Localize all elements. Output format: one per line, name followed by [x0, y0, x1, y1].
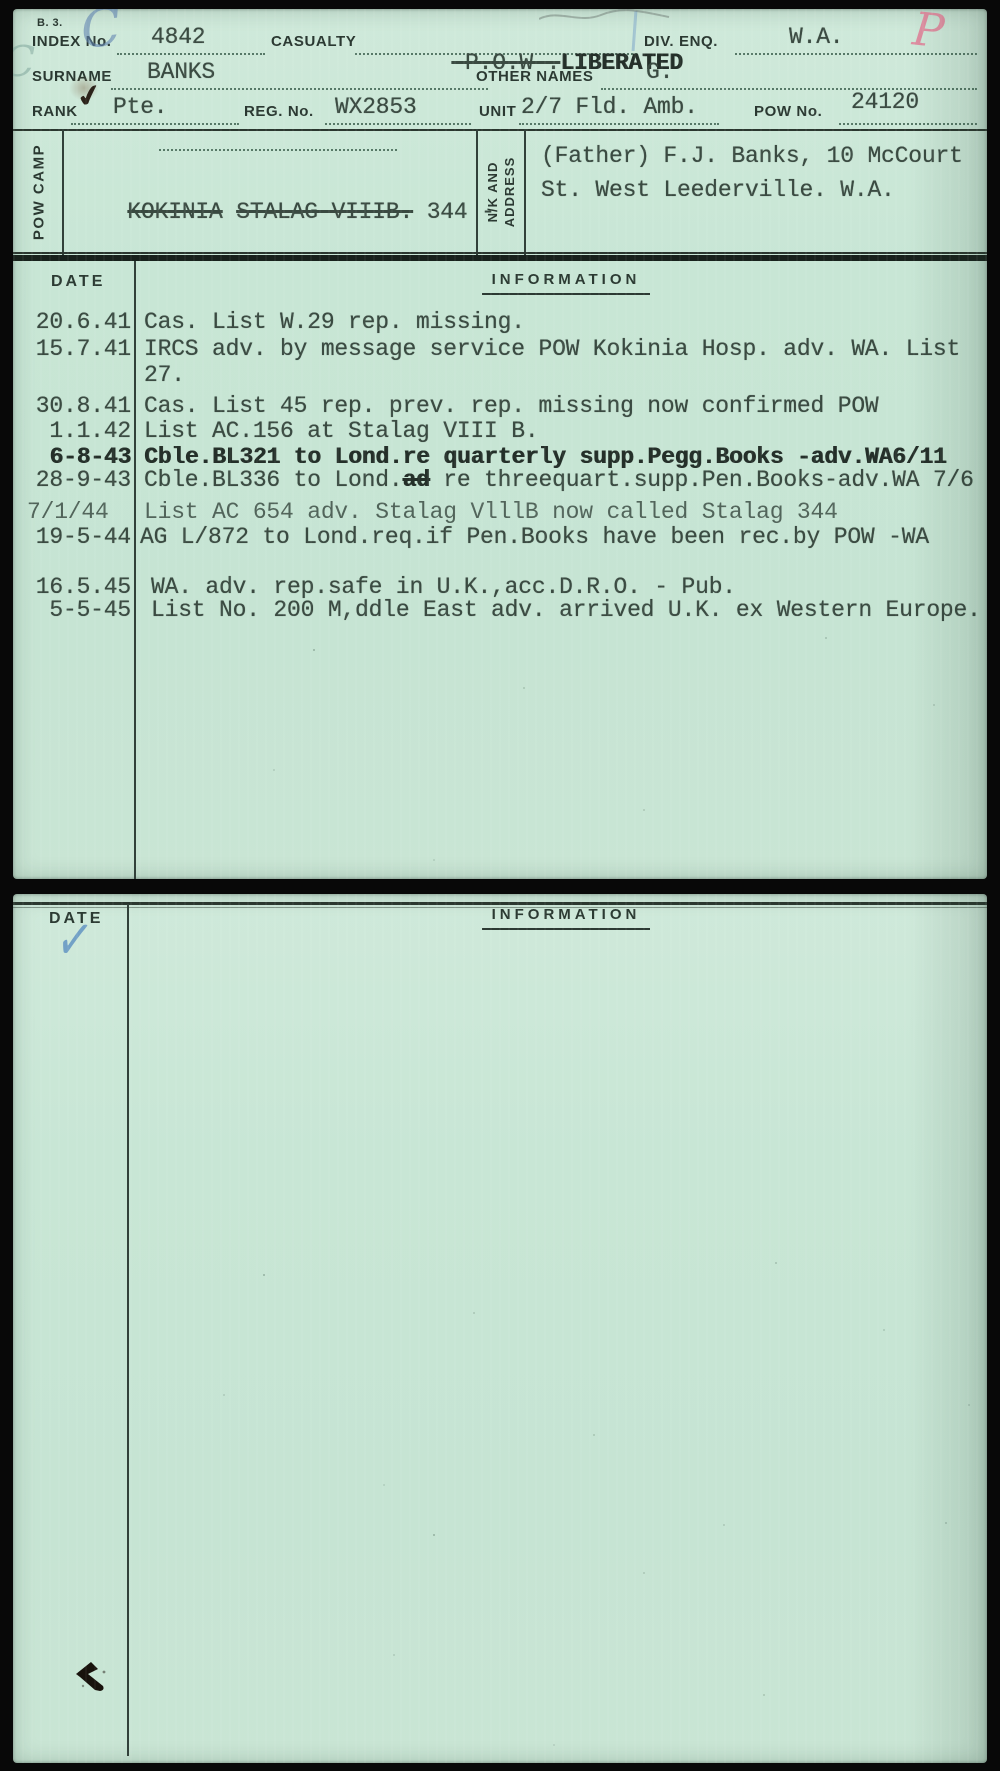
surname-value: BANKS	[147, 59, 215, 85]
paper-specks	[263, 1274, 265, 1276]
index-leader	[117, 53, 265, 55]
unit-value: 2/7 Fld. Amb.	[521, 94, 698, 120]
unit-label: UNIT	[479, 103, 516, 120]
index-no-value: 4842	[151, 24, 205, 50]
nok-address-line2: St. West Leederville. W.A.	[541, 177, 895, 203]
nok-address-vertical-label: N/K AND ADDRESS	[484, 157, 518, 228]
casualty-value: -P.O.W .LIBERATED	[397, 24, 683, 102]
rank-label: RANK	[32, 103, 78, 120]
camp-box-top-rule	[13, 129, 987, 131]
entry-date: 20.6.41	[13, 309, 133, 335]
paper-specks	[313, 649, 315, 651]
separator-thick-rule	[13, 255, 987, 261]
entry-info-struck: ad	[402, 467, 429, 493]
entry-date: 28-9-43	[13, 467, 133, 493]
pow-no-value: 24120	[851, 89, 919, 115]
casualty-label: CASUALTY	[271, 33, 356, 50]
entry-info-pre: Cble.BL336 to Lond.	[144, 467, 402, 493]
entry-info-post: re threequart.supp.Pen.Books-adv.WA 7/6	[430, 467, 974, 493]
pow-no-leader	[839, 123, 977, 125]
back-date-column-divider	[127, 904, 129, 1756]
pow-camp-vertical-label: POW CAMP	[31, 144, 48, 240]
entry-info: 27.	[144, 362, 185, 388]
surname-leader	[111, 88, 488, 90]
entry-info: Cas. List 45 rep. prev. rep. missing now…	[144, 393, 879, 419]
form-code: B. 3.	[37, 17, 63, 29]
reg-no-value: WX2853	[335, 94, 417, 120]
ink-blot-arrow	[73, 1660, 113, 1694]
entry-date: 19-5-44	[13, 524, 133, 550]
entry-date: 7/1/44	[13, 499, 147, 525]
pencil-scribble	[539, 9, 671, 25]
separator-thin-rule	[13, 252, 987, 254]
date-column-header: DATE	[51, 273, 105, 291]
unit-leader	[519, 123, 719, 125]
entry-date: 5-5-45	[13, 597, 133, 623]
nok-address-line1: (Father) F.J. Banks, 10 McCourt	[541, 143, 963, 169]
entry-info: List AC 654 adv. Stalag VlllB now called…	[144, 499, 838, 525]
reg-no-leader	[325, 123, 471, 125]
entry-info: List No. 200 M,ddle East adv. arrived U.…	[151, 597, 981, 623]
scanned-pow-index-card: { "colors": { "card_bg": "#c8e6d5", "typ…	[0, 0, 1000, 1771]
back-top-rule	[13, 902, 987, 905]
entry-date: 15.7.41	[13, 336, 133, 362]
camp-struck-stalag: STALAG VIIIB.	[236, 199, 413, 225]
index-no-label: INDEX No.	[32, 33, 112, 50]
pow-index-card-front: B. 3. INDEX No. 4842 CASUALTY -P.O.W .LI…	[13, 9, 987, 879]
nok-label-line2: ADDRESS	[501, 157, 518, 228]
div-enq-value: W.A.	[789, 24, 843, 50]
other-names-value: G.	[646, 59, 673, 85]
entry-info: IRCS adv. by message service POW Kokinia…	[144, 336, 960, 362]
rank-leader	[71, 123, 239, 125]
entry-info: AG L/872 to Lond.req.if Pen.Books have b…	[140, 524, 929, 550]
camp-dotted-line	[159, 149, 397, 151]
other-names-label: OTHER NAMES	[476, 68, 593, 85]
nok-label-line1: N/K AND	[484, 157, 501, 228]
rank-value: Pte.	[113, 94, 167, 120]
information-column-header: INFORMATION	[482, 271, 650, 295]
paper-specks	[433, 1534, 435, 1536]
date-column-divider	[134, 261, 136, 879]
entry-date: 1.1.42	[13, 418, 133, 444]
div-enq-label: DIV. ENQ.	[644, 33, 718, 50]
reg-no-label: REG. No.	[244, 103, 314, 120]
pow-index-card-back: DATE INFORMATION ✓	[13, 894, 987, 1763]
entry-info: Cas. List W.29 rep. missing.	[144, 309, 525, 335]
camp-struck-kokinia: KOKINIA	[127, 199, 222, 225]
camp-current-number: 344	[427, 199, 468, 225]
entry-info: Cble.BL336 to Lond.ad re threequart.supp…	[144, 467, 974, 493]
entry-info: List AC.156 at Stalag VIII B.	[144, 418, 538, 444]
back-information-column-header: INFORMATION	[482, 906, 650, 930]
pink-pencil-p-mark: P	[910, 9, 946, 58]
camp-label-divider	[62, 129, 64, 255]
other-names-leader	[601, 88, 977, 90]
pow-camp-value: KOKINIA STALAG VIIIB. 344 -	[73, 173, 495, 251]
entry-date: 30.8.41	[13, 393, 133, 419]
nok-label-divider	[524, 129, 526, 255]
div-enq-leader	[735, 53, 977, 55]
pow-no-label: POW No.	[754, 103, 822, 120]
